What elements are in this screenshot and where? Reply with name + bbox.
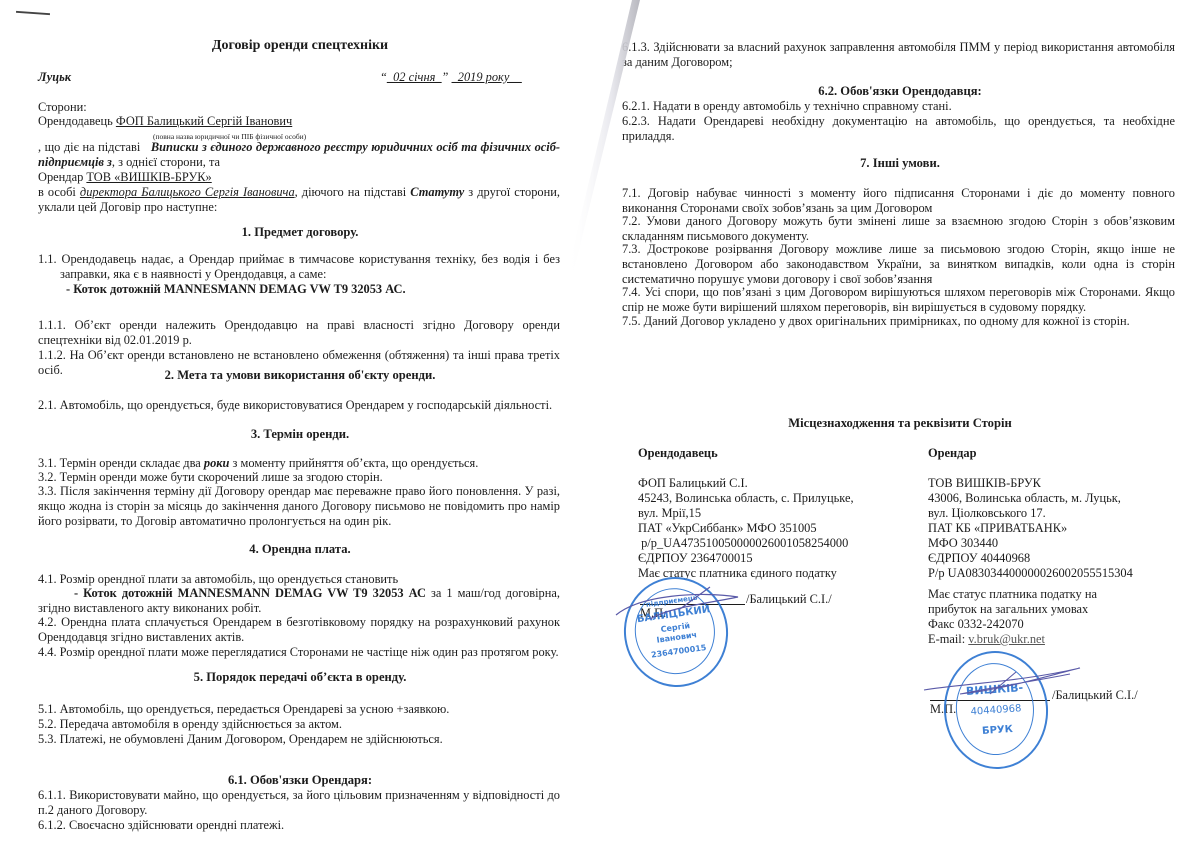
- parties-label: Сторони:: [38, 100, 87, 115]
- clause-1-1-1: 1.1.1. Об’єкт оренди належить Орендодавц…: [38, 318, 560, 348]
- lessor-signature-name: /Балицький С.І./: [746, 592, 832, 607]
- section-2-title: 2. Мета та умови використання об'єкту ор…: [0, 368, 600, 383]
- clause-6-2-1: 6.2.1. Надати в оренду автомобіль у техн…: [622, 99, 1175, 114]
- section-7-title: 7. Інші умови.: [600, 156, 1200, 171]
- clause-7-1: 7.1. Договір набуває чинності з моменту …: [622, 186, 1175, 216]
- lessor-basis: , що діє на підставі Виписки з єдиного д…: [38, 140, 560, 170]
- lessee-line: Орендар ТОВ «ВИШКІВ-БРУК»: [38, 170, 546, 185]
- section-4-title: 4. Орендна плата.: [0, 542, 600, 557]
- clause-4-2: 4.2. Орендна плата сплачується Орендарем…: [38, 615, 560, 645]
- lessor-requisites: ФОП Балицький С.І. 45243, Волинська обла…: [638, 476, 918, 581]
- clause-5-3: 5.3. Платежі, не обумовлені Даним Догово…: [38, 732, 560, 747]
- document-title: Договір оренди спецтехніки: [0, 38, 600, 53]
- clause-4-1-item: - Коток дотожній MANNESMANN DEMAG VW T9 …: [38, 586, 560, 616]
- clause-3-1: 3.1. Термін оренди складає два роки з мо…: [38, 456, 560, 471]
- lessor-signature: [610, 585, 750, 625]
- clause-5-1: 5.1. Автомобіль, що орендується, передає…: [38, 702, 560, 717]
- section-1-title: 1. Предмет договору.: [0, 225, 600, 240]
- clause-1-item: - Коток дотожній MANNESMANN DEMAG VW T9 …: [66, 282, 406, 297]
- section-3-title: 3. Термін оренди.: [0, 427, 600, 442]
- clause-3-3: 3.3. Після закінчення терміну дії Догово…: [38, 484, 560, 529]
- lessor-value: ФОП Балицький Сергій Іванович: [116, 114, 526, 129]
- contract-date: “_02 січня_” _2019 року__: [380, 70, 522, 85]
- lessee-heading: Орендар: [928, 446, 977, 461]
- clause-3-2: 3.2. Термін оренди може бути скорочений …: [38, 470, 560, 485]
- lessee-value: ТОВ «ВИШКІВ-БРУК»: [86, 170, 546, 185]
- city: Луцьк: [38, 70, 71, 85]
- clause-7-2: 7.2. Умови даного Договору можуть бути з…: [622, 214, 1175, 244]
- lessee-person: в особі директора Балицького Сергія Іван…: [38, 185, 560, 215]
- clause-2-1: 2.1. Автомобіль, що орендується, буде ви…: [38, 398, 560, 413]
- lessor-line: Орендодавець ФОП Балицький Сергій Іванов…: [38, 114, 558, 129]
- lessee-requisites: ТОВ ВИШКІВ-БРУК 43006, Волинська область…: [928, 476, 1198, 581]
- scan-mark: [16, 11, 50, 15]
- lessee-tax-info: Має статус платника податку на прибуток …: [928, 587, 1198, 647]
- clause-5-2: 5.2. Передача автомобіля в оренду здійсн…: [38, 717, 560, 732]
- left-page: Договір оренди спецтехніки Луцьк “_02 сі…: [0, 0, 600, 850]
- clause-6-1-3: 6.1.3. Здійснювати за власний рахунок за…: [622, 40, 1175, 70]
- section-6-2-title: 6.2. Обов'язки Орендодавця:: [600, 84, 1200, 99]
- clause-7-5: 7.5. Даний Договор укладено у двох оригі…: [622, 314, 1175, 329]
- requisites-title: Місцезнаходження та реквізити Сторін: [600, 416, 1200, 431]
- clause-4-4: 4.4. Розмір орендної плати може перегляд…: [38, 645, 560, 660]
- section-5-title: 5. Порядок передачі об’єкта в оренду.: [0, 670, 600, 685]
- clause-6-2-3: 6.2.3. Надати Орендареві необхідну докум…: [622, 114, 1175, 144]
- clause-7-4: 7.4. Усі спори, що пов’язані з цим Догов…: [622, 285, 1175, 315]
- right-page: 6.1.3. Здійснювати за власний рахунок за…: [600, 0, 1200, 850]
- clause-1-1: 1.1. Орендодавець надає, а Орендар прийм…: [38, 252, 560, 282]
- email-link[interactable]: v.bruk@ukr.net: [968, 632, 1045, 646]
- lessee-signature: [920, 664, 1090, 704]
- lessor-heading: Орендодавець: [638, 446, 718, 461]
- clause-6-1-1: 6.1.1. Використовувати майно, що орендує…: [38, 788, 560, 818]
- section-6-1-title: 6.1. Обов'язки Орендаря:: [0, 773, 600, 788]
- clause-7-3: 7.3. Дострокове розірвання Договору можл…: [622, 242, 1175, 287]
- clause-6-1-2: 6.1.2. Своєчасно здійснювати орендні пла…: [38, 818, 560, 833]
- clause-4-1: 4.1. Розмір орендної плати за автомобіль…: [38, 572, 560, 587]
